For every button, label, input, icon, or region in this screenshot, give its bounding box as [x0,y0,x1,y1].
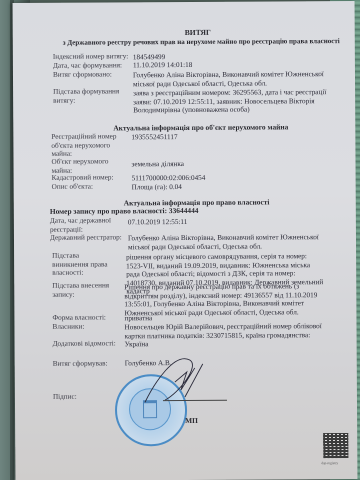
field-value-formed-by: Голубенко Аліна Вікторівна, Виконавчий к… [133,70,333,88]
field-value-extract-basis: заява з реєстраційним номером: 36295563,… [133,88,333,115]
field-label-owners: Власники: [52,323,84,332]
field-label-formation-datetime: Дата, час формування: [53,61,122,70]
field-label-object-reg-number: Реєстраційний номер об'єкта нерухомого м… [51,132,119,158]
field-value-object-description: Площа (га): 0.04 [132,183,182,192]
field-value-ownership-form: приватна [124,314,152,323]
field-value-registration-datetime: 07.10.2019 12:55:11 [128,218,187,227]
field-label-extract-index: Індексний номер витягу: [53,52,128,61]
field-label-record-basis: Підстава внесення запису: [52,281,112,299]
field-label-additional-info: Додаткові відомості: [53,339,116,348]
field-label-formed-by: Витяг сформовано: [53,70,112,79]
qr-caption: dsp-registry [321,461,338,465]
field-value-cadastral-number: 5111700000:02:006:0454 [132,174,206,183]
document-page: ВИТЯГ з Державного реєстру речових прав … [13,1,358,480]
field-value-state-registrar: Голубенко Аліна Вікторівна, Виконавчий к… [128,233,323,251]
qr-code [323,433,348,458]
field-value-record-basis: Рішення про державну реєстрацію прав та … [124,282,324,318]
document-title: ВИТЯГ [185,29,211,38]
object-section-heading: Актуальна інформація про об'єкт нерухомо… [113,123,288,133]
field-label-cadastral-number: Кадастровий номер: [52,173,114,182]
field-value-object-reg-number: 1935552451117 [131,133,177,142]
field-label-registration-datetime: Дата, час державної реєстрації: [50,216,112,234]
document-subtitle: з Державного реєстру речових прав на нер… [63,37,340,47]
field-label-object-type: Об'єкт нерухомого майна: [51,157,115,175]
handwritten-signature [135,342,205,412]
field-label-ownership-basis: Підстава виникнення права власності: [52,251,116,277]
signature-line [163,400,227,401]
field-label-extract-basis: Підстава формування витягу: [53,87,123,105]
signature-label: Підпис: [53,393,77,402]
field-label-state-registrar: Державний реєстратор: [50,233,122,242]
field-label-object-description: Опис об'єкта: [52,183,93,192]
field-label-ownership-form: Форма власності: [52,313,106,322]
ownership-record-number: Номер запису про право власності: 336444… [50,207,199,217]
stamp-mark-label: МП [185,417,198,426]
formed-by-label: Витяг сформував: [53,359,108,368]
field-value-formation-datetime: 11.10.2019 14:01:18 [133,61,192,70]
field-value-object-type: земельна ділянка [132,160,184,169]
